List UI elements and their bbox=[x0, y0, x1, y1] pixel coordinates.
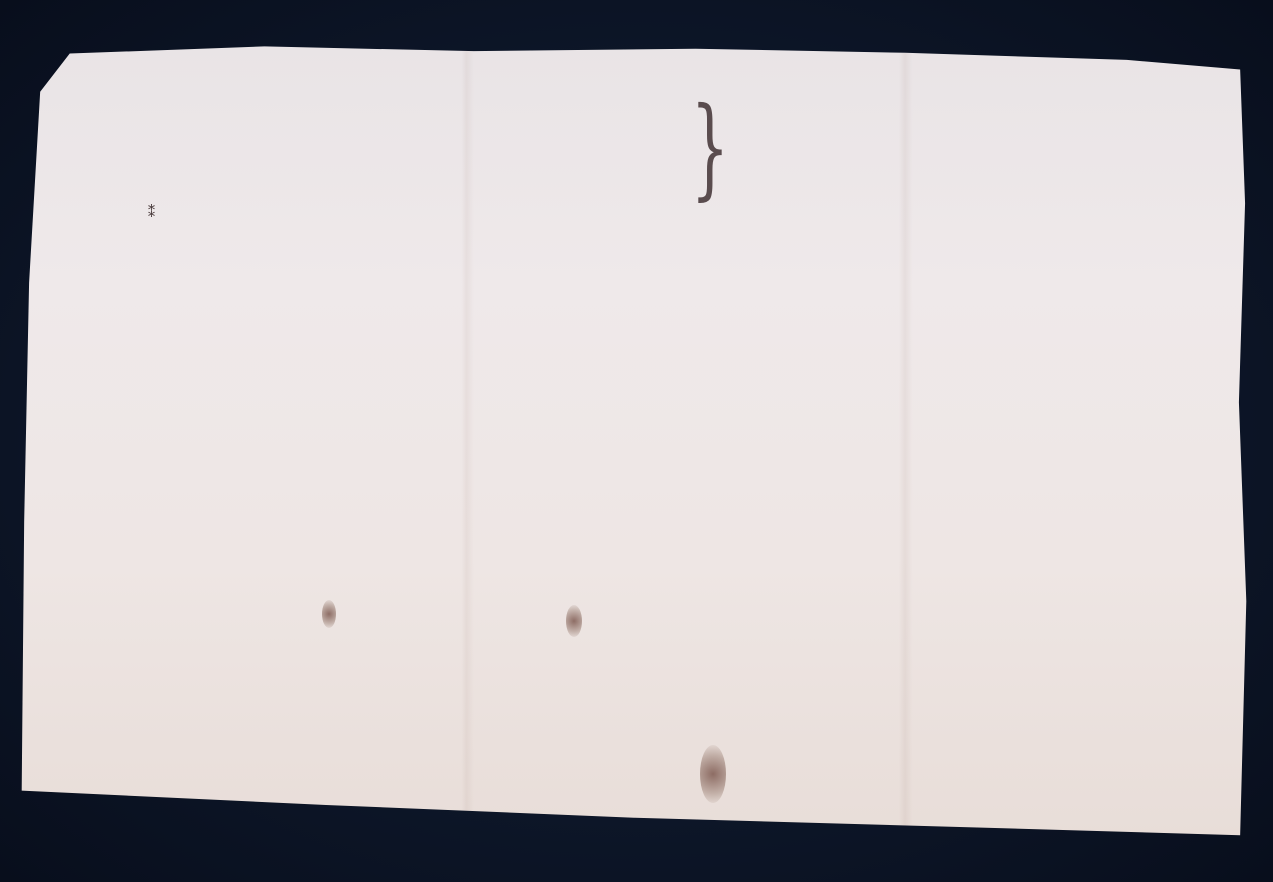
document-paper bbox=[18, 44, 1250, 840]
ink-stain bbox=[322, 600, 336, 628]
ink-smudge: ⁑ bbox=[148, 205, 155, 221]
ink-stain bbox=[566, 605, 582, 637]
header-brace: } bbox=[691, 92, 730, 202]
ink-stain bbox=[700, 745, 726, 803]
